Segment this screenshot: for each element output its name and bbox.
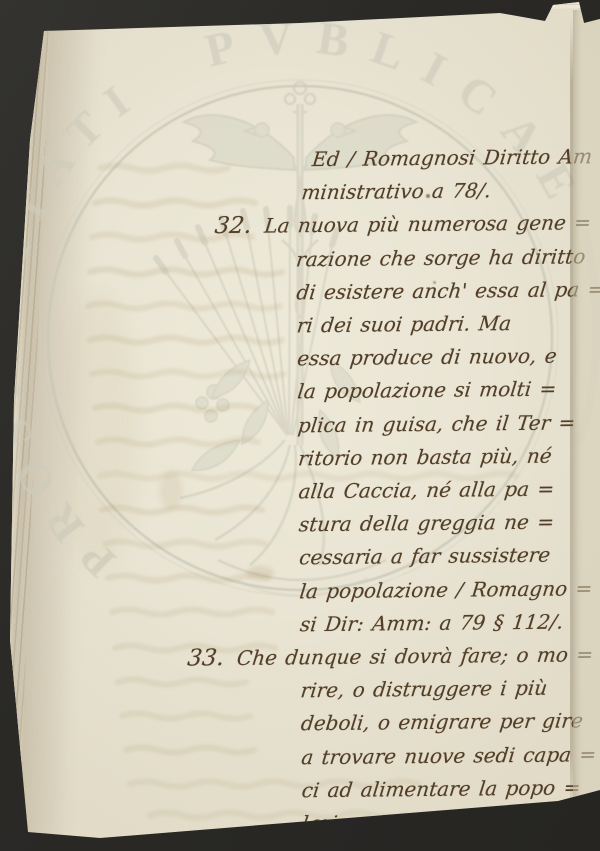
line-text: ministrativo a 78/.: [300, 178, 492, 204]
line-text: ritorio non basta più, né: [297, 443, 553, 470]
manuscript-page: PROSPERITATI PVBLICAE: [0, 0, 600, 851]
line-text: la popolazione si molti =: [296, 377, 557, 404]
manuscript-line: Ed / Romagnosi Diritto Am =: [310, 140, 600, 176]
line-text: deboli, o emigrare per gire: [300, 709, 584, 736]
line-text: plica in guisa, che il Ter =: [297, 410, 577, 437]
paragraph-number: 33.: [186, 645, 225, 671]
manuscript-line: di esistere anch' essa al pa =: [295, 273, 600, 309]
manuscript-line: 32.La nuova più numerosa gene =: [213, 206, 600, 243]
manuscript-line: ministrativo a 78/.: [300, 173, 600, 209]
manuscript-text: Ed / Romagnosi Diritto Am =ministrativo …: [0, 140, 600, 844]
scanner-background: PROSPERITATI PVBLICAE: [0, 0, 600, 851]
manuscript-line: plica in guisa, che il Ter =: [296, 406, 600, 442]
line-text: cessaria a far sussistere: [298, 543, 552, 570]
line-text: si Dir: Amm: a 79 § 112/.: [299, 609, 565, 636]
manuscript-line: essa produce di nuovo, e: [295, 339, 600, 375]
manuscript-line: cessaria a far sussistere: [298, 539, 600, 575]
line-text: rire, o distruggere i più: [299, 676, 548, 703]
manuscript-line: la popolazione si molti =: [296, 373, 600, 409]
line-text: di esistere anch' essa al pa =: [295, 277, 600, 304]
manuscript-line: si Dir: Amm: a 79 § 112/.: [298, 605, 600, 641]
manuscript-line: lazione cresciuta. Ma ce: [300, 804, 600, 840]
manuscript-line: a trovare nuove sedi capa =: [300, 738, 600, 774]
manuscript-line: deboli, o emigrare per gire: [299, 705, 600, 741]
manuscript-line: ci ad alimentare la popo =: [300, 771, 600, 807]
manuscript-line: ritorio non basta più, né: [296, 439, 600, 475]
line-text: essa produce di nuovo, e: [296, 344, 558, 371]
paragraph-number: 32.: [214, 213, 253, 239]
line-text: razione che sorge ha diritto: [295, 244, 587, 271]
line-text: a trovare nuove sedi capa =: [300, 742, 598, 769]
manuscript-line: la popolazione / Romagno =: [298, 572, 600, 608]
manuscript-line: stura della greggia ne =: [297, 505, 600, 541]
line-text: lazione cresciuta. Ma ce: [301, 809, 556, 836]
manuscript-line: rire, o distruggere i più: [299, 671, 600, 707]
manuscript-line: razione che sorge ha diritto: [294, 240, 600, 276]
line-text: ri dei suoi padri. Ma: [296, 311, 513, 337]
manuscript-line: ri dei suoi padri. Ma: [295, 306, 600, 342]
line-text: stura della greggia ne =: [298, 510, 556, 537]
line-text: la popolazione / Romagno =: [298, 576, 593, 603]
line-text: Ed / Romagnosi Diritto Am =: [311, 144, 600, 171]
line-text: alla Caccia, né alla pa =: [297, 477, 555, 504]
manuscript-line: 33.Che dunque si dovrà fare; o mo =: [186, 638, 600, 676]
line-text: Che dunque si dovrà fare; o mo =: [236, 642, 595, 670]
line-text: La nuova più numerosa gene =: [263, 211, 592, 238]
manuscript-line: alla Caccia, né alla pa =: [297, 472, 600, 508]
page-right-edge-strip: [573, 10, 600, 820]
line-text: ci ad alimentare la popo =: [301, 775, 582, 802]
